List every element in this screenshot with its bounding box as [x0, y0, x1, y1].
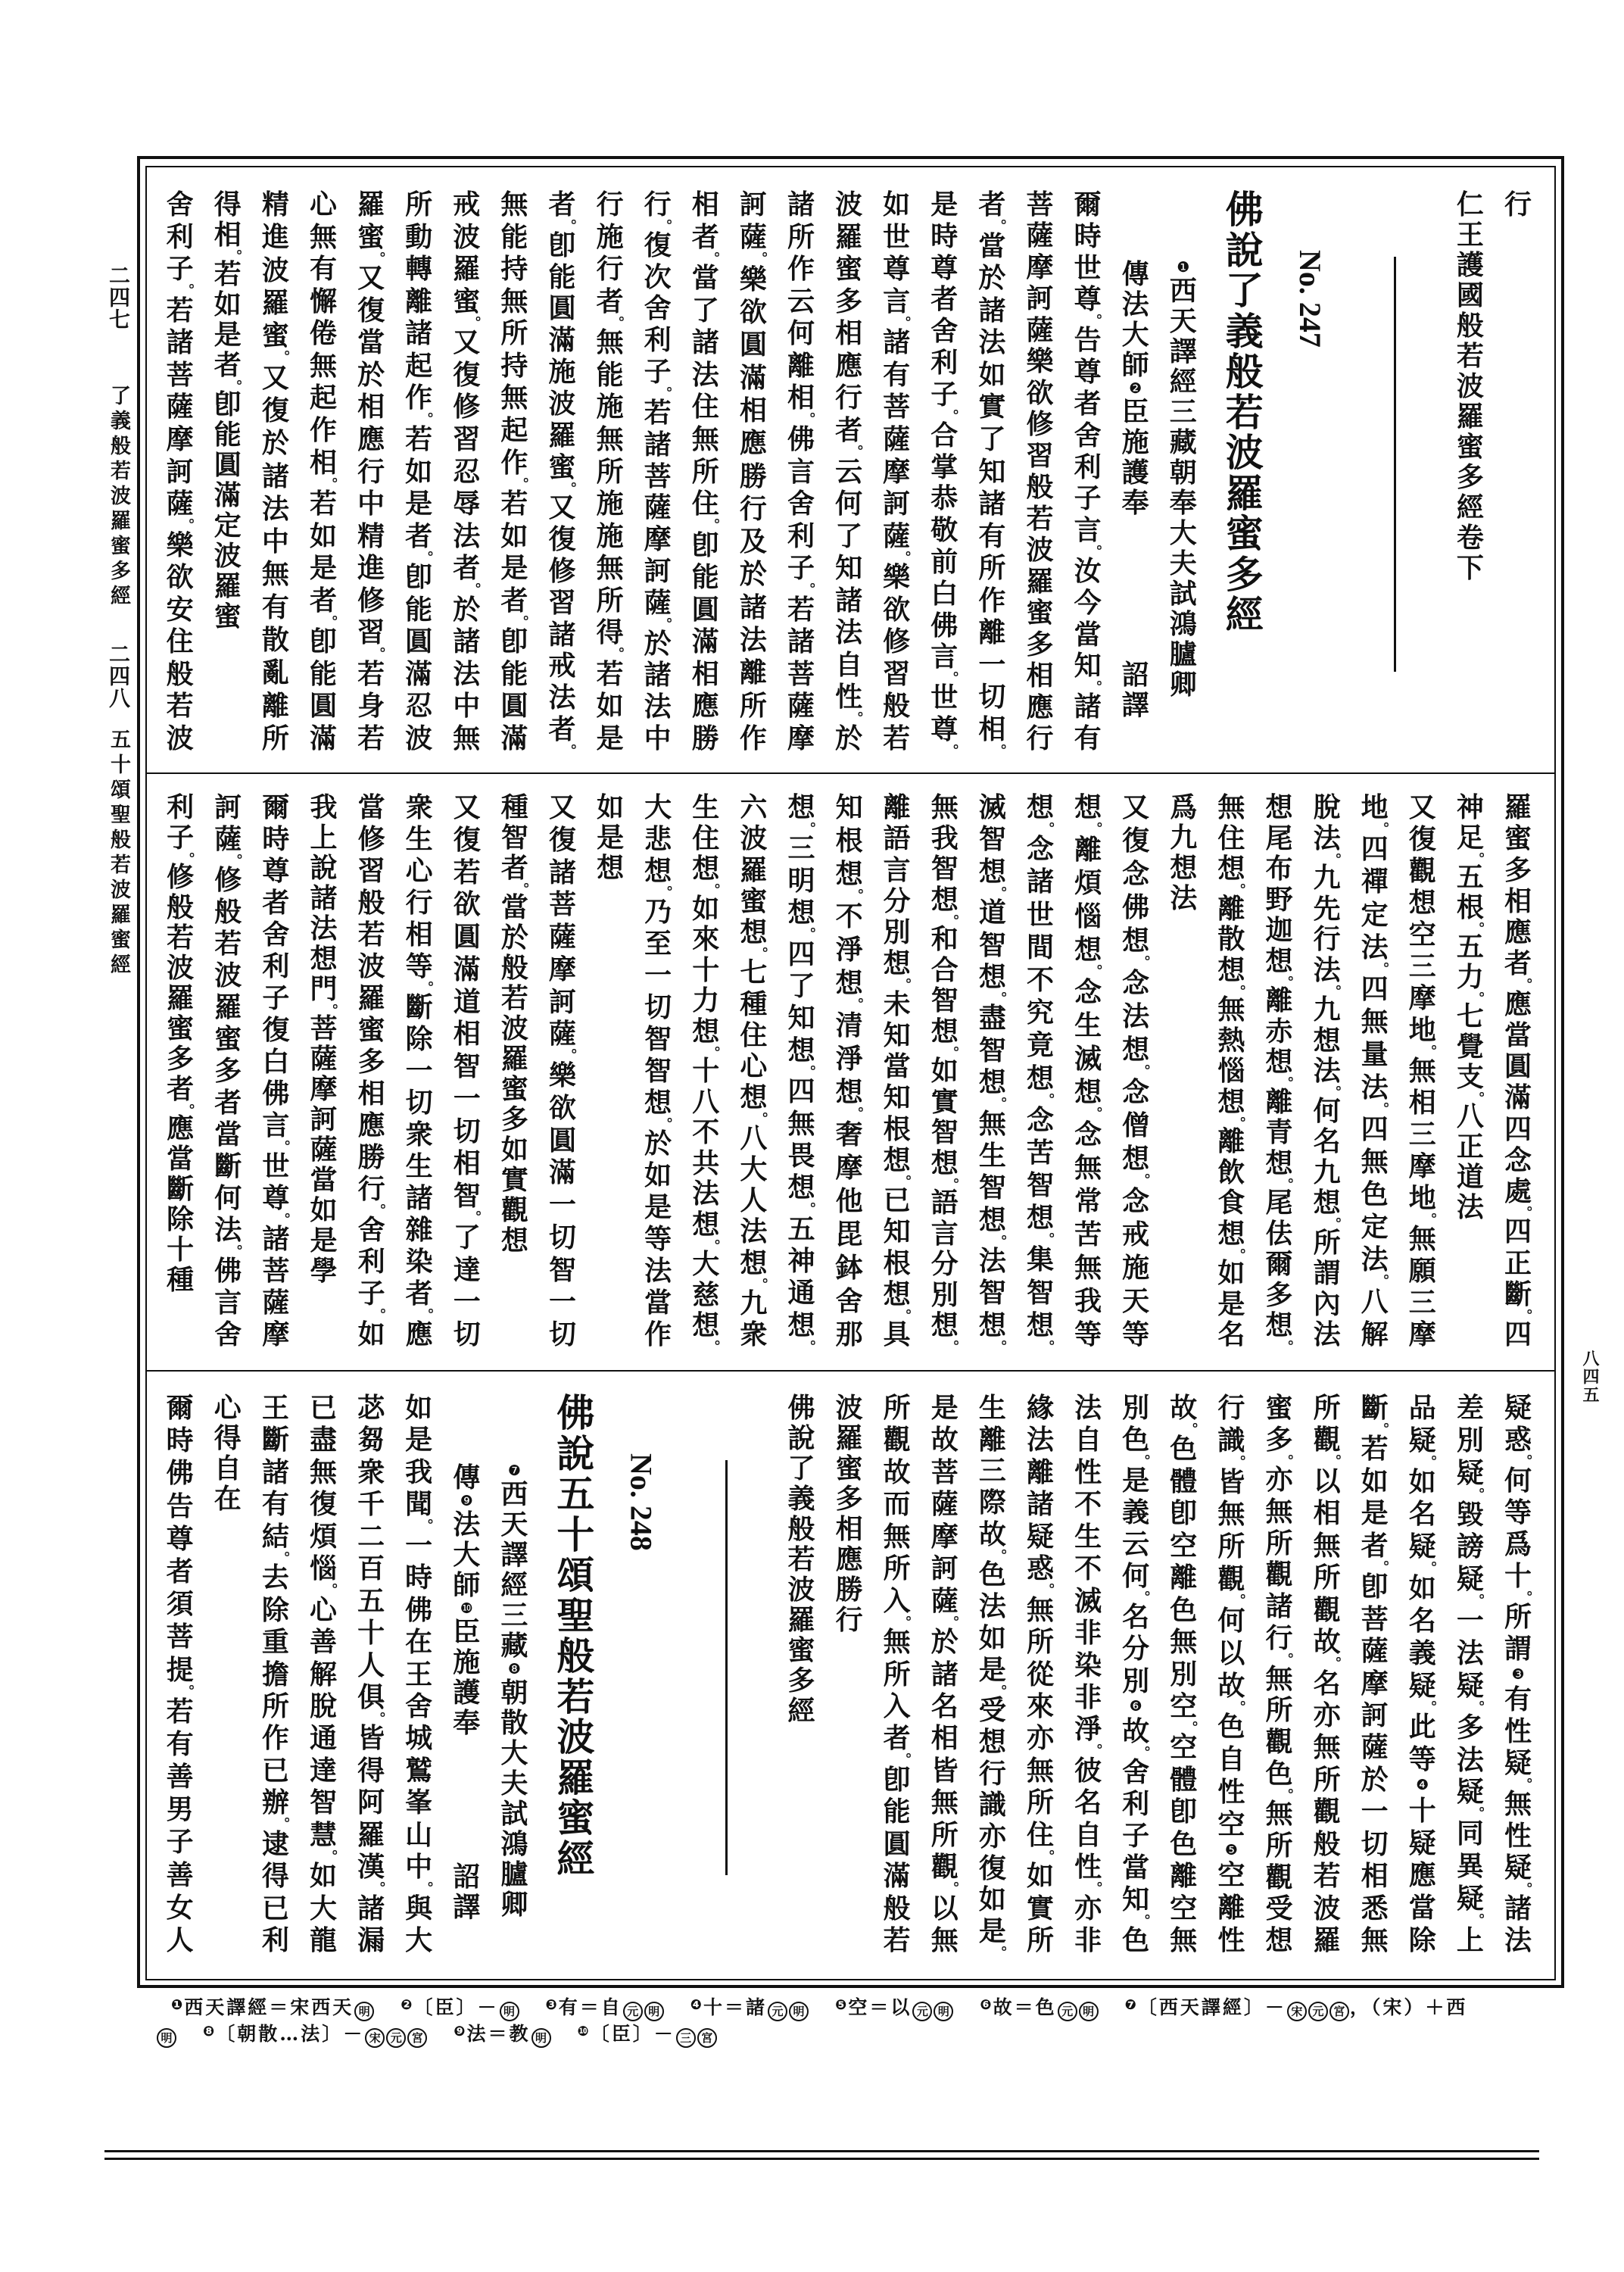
glyph: 有: [1500, 1684, 1536, 1715]
glyph: 未: [879, 989, 915, 1019]
glyph: 安: [162, 595, 198, 625]
edition-siglum: 明: [500, 2002, 519, 2021]
glyph: 修: [210, 865, 246, 895]
glyph: 懈: [305, 286, 341, 317]
glyph: 施: [1117, 427, 1154, 457]
glyph: 所: [1022, 1925, 1058, 1955]
punctuation-mark: 。: [428, 405, 441, 419]
glyph: 尊。: [1070, 284, 1106, 314]
glyph: 住: [687, 392, 724, 422]
glyph: 竟: [1022, 1030, 1058, 1060]
glyph: 言。: [926, 641, 962, 672]
glyph: 智: [640, 1056, 676, 1086]
translator-byline: 傳法大師❷臣施護奉詔譯: [1117, 189, 1154, 754]
glyph: 法: [640, 691, 676, 722]
text-column: 法自性不生不滅非染非淨。彼名自性。亦非: [1070, 1393, 1106, 1955]
glyph: 臣: [1117, 397, 1154, 427]
text-column: 舍利子。若諸菩薩摩訶薩。樂欲安住般若波: [162, 189, 198, 754]
glyph: 惱。: [305, 1553, 341, 1584]
punctuation-mark: 。: [954, 1171, 968, 1184]
glyph: 般: [878, 691, 915, 721]
glyph: 師: [1117, 350, 1154, 380]
glyph: 疑。: [1452, 1564, 1488, 1594]
glyph: 智: [640, 1024, 676, 1054]
glyph: 衆: [401, 792, 438, 822]
glyph: 習: [448, 424, 485, 454]
glyph: 想。: [1022, 1203, 1058, 1233]
glyph: 行: [831, 1605, 868, 1635]
glyph: 復: [544, 825, 581, 855]
glyph: 相: [687, 189, 724, 220]
glyph: 非: [1070, 1618, 1106, 1648]
text-column: 知根想。不淨想。清淨想。奢摩他毘鉢舍那: [831, 792, 868, 1350]
glyph: 疑: [1022, 1521, 1058, 1552]
glyph: 實: [497, 1165, 533, 1195]
glyph: 大: [305, 1893, 341, 1924]
glyph: 想。: [831, 968, 868, 998]
glyph: 得: [210, 189, 246, 220]
glyph: 住。: [1022, 1820, 1058, 1850]
glyph: 相: [927, 1723, 963, 1753]
glyph: 自: [1070, 1425, 1106, 1455]
glyph: 波: [1309, 1893, 1345, 1924]
glyph: 城: [401, 1723, 437, 1753]
punctuation-mark: 。: [619, 309, 633, 323]
glyph: 野: [1261, 885, 1298, 915]
glyph: 法: [735, 1216, 771, 1247]
glyph: 行: [1022, 723, 1058, 754]
glyph: 諸: [544, 857, 581, 888]
glyph: 念: [1117, 1077, 1154, 1107]
glyph: 是: [1117, 1465, 1154, 1496]
glyph: 等。: [401, 951, 438, 982]
glyph: 色。: [1261, 1759, 1298, 1789]
glyph: 了: [449, 1222, 485, 1253]
glyph: 相: [831, 1514, 868, 1544]
glyph: 多: [1261, 1280, 1298, 1310]
glyph: 所: [592, 585, 628, 616]
punctuation-mark: 。: [1240, 1109, 1254, 1123]
glyph: 所: [592, 457, 628, 487]
text-column: 羅蜜。又復當於相應行中精進修習。若身若: [353, 189, 389, 754]
glyph: 一: [544, 1287, 581, 1317]
glyph: 已: [879, 1185, 915, 1216]
glyph: 相。: [974, 714, 1010, 744]
footnote-variant-text: 〔朝散…法〕－: [216, 2023, 364, 2045]
text-column: 生離三際故。色法如是。受想行識亦復如是。: [974, 1393, 1011, 1955]
glyph: 空: [1213, 1860, 1249, 1890]
glyph: 波: [162, 953, 198, 983]
glyph: 盡: [974, 1003, 1011, 1033]
glyph: 菩: [927, 1457, 963, 1487]
glyph: 名: [1309, 1668, 1345, 1699]
glyph: 能: [592, 360, 628, 390]
glyph: 是: [592, 822, 628, 853]
footnote-marker: ❼: [1125, 1997, 1136, 2013]
text-column: 爾時世尊。告尊者舍利子言。汝今當知。諸有: [1070, 189, 1106, 754]
glyph: 作: [305, 415, 341, 445]
glyph: 相: [1500, 886, 1536, 916]
glyph: 蜜: [354, 1015, 390, 1045]
text-column: 諸所作云何離相。佛言舍利子。若諸菩薩摩: [783, 189, 819, 754]
glyph: 衆: [353, 1457, 389, 1487]
glyph: 行: [592, 189, 628, 220]
glyph: 念: [1500, 1145, 1536, 1175]
glyph: 當: [306, 1165, 342, 1195]
glyph: 想。: [735, 1248, 771, 1278]
glyph: 了: [784, 1453, 820, 1484]
glyph: 藏: [496, 1631, 532, 1661]
punctuation-mark: 。: [189, 1097, 203, 1110]
sutra-number: No. 248: [622, 1453, 659, 1551]
glyph: 尊: [878, 254, 915, 284]
footnote: ❷〔臣〕－明: [401, 1993, 519, 2021]
glyph: 若: [353, 723, 389, 754]
glyph: 應: [1500, 989, 1536, 1019]
glyph: 無: [305, 1457, 341, 1487]
glyph: 具: [879, 1319, 915, 1350]
glyph: 言: [783, 457, 819, 487]
glyph: 惱: [1070, 901, 1106, 932]
glyph: 習。: [353, 617, 389, 648]
glyph: 若: [878, 723, 915, 754]
glyph: 地。: [1357, 792, 1393, 822]
punctuation-mark: 。: [715, 876, 728, 890]
text-column: 想尾布野迦想。離赤想。離青想。尾佉爾多想。: [1261, 792, 1298, 1350]
glyph: 滅: [1070, 1044, 1106, 1074]
glyph: 義: [784, 1484, 820, 1514]
glyph: 觀: [879, 1425, 915, 1455]
glyph: 無: [1070, 1253, 1106, 1283]
glyph: 應: [354, 1110, 390, 1141]
glyph: 散: [257, 625, 294, 655]
glyph: 中: [257, 526, 294, 557]
glyph: 種: [162, 1265, 198, 1295]
footnote-marker: ❷: [401, 1997, 412, 2013]
glyph: 想。: [974, 1067, 1011, 1097]
glyph: 薩。: [878, 521, 915, 551]
glyph: 掌: [926, 452, 962, 482]
punctuation-mark: 。: [906, 1609, 920, 1622]
glyph: 相。: [210, 220, 246, 250]
glyph: 別: [1165, 1659, 1202, 1690]
glyph: 般: [1309, 1829, 1345, 1859]
punctuation-mark: 。: [189, 276, 203, 290]
glyph: 樂: [162, 530, 198, 560]
punctuation-mark: 。: [572, 1041, 585, 1055]
glyph: 想: [1261, 1925, 1298, 1955]
note-marker: ❽: [496, 1661, 532, 1677]
glyph: 菩: [306, 1013, 342, 1044]
glyph: 言。: [1070, 515, 1106, 545]
punctuation-mark: 。: [1097, 538, 1111, 551]
edition-siglum: 宮: [697, 2028, 717, 2048]
glyph: 法: [974, 327, 1010, 357]
punctuation-mark: 。: [1049, 815, 1063, 829]
glyph: 無: [1309, 1732, 1345, 1762]
glyph: 如: [1022, 1861, 1058, 1891]
glyph: 白: [257, 1047, 294, 1077]
glyph: 想。: [974, 1310, 1011, 1340]
glyph: 當: [497, 892, 533, 922]
punctuation-mark: 。: [906, 544, 919, 557]
glyph: 舍: [210, 1319, 246, 1350]
punctuation-mark: 。: [954, 907, 968, 921]
glyph: 詔: [448, 1862, 485, 1892]
glyph: 想。: [640, 1088, 676, 1118]
glyph: 子。: [640, 357, 676, 387]
glyph: 中: [353, 488, 389, 519]
glyph: 起: [401, 351, 437, 381]
glyph: 實: [1022, 1893, 1058, 1924]
glyph: 所: [1309, 1393, 1345, 1423]
glyph: 識: [974, 1790, 1011, 1820]
text-column: 爾時尊者舍利子復白佛言。世尊。諸菩薩摩: [257, 792, 294, 1350]
glyph: 從: [1022, 1659, 1058, 1690]
glyph: 散: [496, 1708, 532, 1738]
glyph: 羅: [497, 1044, 533, 1074]
edition-siglum: 明: [354, 2002, 374, 2021]
glyph: 言。: [878, 286, 915, 317]
glyph: 王: [1452, 220, 1488, 250]
punctuation-mark: 。: [1479, 1481, 1493, 1494]
glyph: 觀: [1261, 1862, 1298, 1893]
glyph: 生: [974, 1393, 1011, 1423]
margin-sutra-title-248: 五十頌聖般若波羅蜜經: [105, 729, 131, 978]
glyph: 樂: [1022, 346, 1058, 376]
glyph: 無: [1022, 1595, 1058, 1625]
punctuation-mark: 。: [954, 1333, 968, 1347]
glyph: 作。: [401, 382, 437, 413]
glyph: 波: [210, 960, 246, 991]
punctuation-mark: 。: [1432, 1206, 1445, 1219]
glyph: 諸: [1261, 1591, 1298, 1621]
glyph: 若: [592, 659, 628, 689]
text-column: 滅智想。道智想。盡智想。無生智想。法智想。: [974, 792, 1011, 1350]
glyph: 無: [496, 189, 532, 220]
glyph: 中: [640, 723, 676, 754]
glyph: 去: [257, 1562, 294, 1593]
glyph: 子。: [162, 254, 198, 284]
glyph: 若: [353, 659, 389, 689]
glyph: 疑。: [1452, 1883, 1488, 1914]
footnote: ❽〔朝散…法〕－宋元宮: [203, 2020, 428, 2048]
glyph: 如: [401, 457, 437, 487]
glyph: 佛: [1222, 189, 1267, 230]
glyph: 自: [1213, 1744, 1249, 1774]
glyph: 臚: [1165, 639, 1202, 669]
glyph: 復: [1117, 825, 1154, 856]
edition-siglum: 元: [1308, 2002, 1328, 2021]
glyph: 說: [306, 853, 342, 883]
glyph: 道: [1452, 1162, 1488, 1192]
glyph: 斷。: [1357, 1393, 1393, 1423]
glyph: 詔: [1117, 660, 1154, 690]
glyph: 諸: [974, 295, 1010, 326]
glyph: 佛: [783, 424, 819, 454]
glyph: 利: [640, 325, 676, 355]
glyph: 若: [1357, 1434, 1393, 1464]
text-column: 苾芻衆千二百五十人俱。皆得阿羅漢。諸漏: [353, 1393, 389, 1955]
glyph: 俱。: [353, 1682, 389, 1712]
glyph: 相: [449, 1148, 485, 1178]
glyph: 差: [1452, 1393, 1488, 1423]
glyph: 五: [1452, 932, 1488, 962]
glyph: 根: [879, 1248, 915, 1278]
glyph: 若: [496, 488, 532, 519]
glyph: 般: [162, 892, 198, 922]
punctuation-mark: 。: [1336, 1210, 1350, 1224]
text-column: 疑惑。何等爲十。所謂❸有性疑。無性疑。諸法: [1500, 1393, 1536, 1955]
text-column: 如世尊言。諸有菩薩摩訶薩。樂欲修習般若: [878, 189, 915, 754]
glyph: 舍: [354, 1215, 390, 1245]
glyph: 四: [784, 1076, 820, 1106]
glyph: 染: [1070, 1650, 1106, 1681]
glyph: 空: [1404, 919, 1441, 950]
footnote-marker: ❿: [578, 2024, 589, 2039]
glyph: 想。: [687, 854, 724, 884]
glyph: 滿: [544, 325, 581, 355]
glyph: 諸: [448, 626, 485, 657]
sutra-title: 佛說五十頌聖般若波羅蜜經: [553, 1393, 598, 1955]
glyph: 是: [401, 488, 437, 519]
glyph: 相。: [783, 382, 819, 413]
glyph: 疑。: [1404, 1531, 1441, 1562]
glyph: 逮: [257, 1829, 294, 1859]
glyph: 前: [926, 547, 962, 577]
glyph: 卽: [1165, 1796, 1202, 1827]
glyph: 上: [1452, 1925, 1488, 1955]
glyph: 別: [879, 917, 915, 947]
glyph: 地。: [1404, 1015, 1441, 1045]
glyph: 臣: [448, 1617, 485, 1647]
glyph: 九: [1309, 1157, 1345, 1187]
glyph: 無: [1404, 1224, 1441, 1254]
glyph: 法: [257, 494, 294, 524]
glyph: 卽: [496, 626, 532, 657]
glyph: 欲: [544, 1093, 581, 1123]
punctuation-mark: 。: [906, 971, 920, 985]
glyph: 是: [1357, 1498, 1393, 1528]
glyph: 諸: [257, 1457, 294, 1487]
glyph: 如: [927, 1056, 963, 1086]
glyph: 天: [1117, 1286, 1154, 1316]
glyph: 名: [1404, 1499, 1441, 1529]
glyph: 樂: [878, 562, 915, 592]
glyph: 欲: [1022, 378, 1058, 408]
glyph: 諸: [1022, 866, 1058, 897]
glyph: 若: [497, 983, 533, 1013]
glyph: 精: [257, 189, 294, 220]
punctuation-mark: 。: [619, 640, 633, 654]
glyph: 得: [257, 1861, 294, 1891]
footnote: ❺空＝以元明: [835, 1993, 954, 2021]
glyph: 所: [1213, 1531, 1249, 1562]
glyph: 九: [1165, 822, 1202, 853]
text-column: 精進波羅蜜。又復於諸法中無有散亂離所: [257, 189, 294, 754]
punctuation-mark: 。: [1527, 1584, 1541, 1597]
glyph: 法: [1117, 1001, 1154, 1031]
glyph: 又: [353, 263, 389, 293]
glyph: 得: [353, 1755, 389, 1786]
punctuation-mark: 。: [1336, 846, 1350, 860]
glyph: 法: [1070, 1393, 1106, 1423]
punctuation-mark: 。: [1240, 1448, 1254, 1462]
glyph: 常: [1070, 1186, 1106, 1216]
glyph: 心: [210, 1393, 246, 1423]
glyph: 觀: [1309, 1796, 1345, 1827]
glyph: 訶: [640, 556, 676, 586]
glyph: 於: [735, 559, 771, 589]
glyph: 布: [1261, 854, 1298, 884]
glyph: 舍: [1070, 420, 1106, 451]
glyph: 大: [687, 1249, 724, 1279]
glyph: 是: [305, 553, 341, 583]
glyph: 菩: [162, 360, 198, 390]
glyph: 離: [1022, 1457, 1058, 1487]
glyph: 薩: [640, 492, 676, 523]
glyph: 切: [449, 1116, 485, 1147]
glyph: 當: [1070, 619, 1106, 650]
text-column: 又復觀想空三摩地。無相三摩地。無願三摩: [1404, 792, 1441, 1350]
glyph: 忍: [401, 691, 437, 721]
glyph: 想。: [1070, 1077, 1106, 1107]
glyph: 摩: [927, 1521, 963, 1552]
text-column: 無住想。離散想。無熱惱想。離飲食想。如是名: [1213, 792, 1249, 1350]
glyph: 心: [401, 856, 438, 886]
glyph: 若: [449, 857, 485, 888]
glyph: 圓: [210, 450, 246, 480]
glyph: 法: [306, 913, 342, 944]
glyph: 一: [449, 1287, 485, 1317]
glyph: 所: [257, 1691, 294, 1721]
glyph: 了: [831, 521, 867, 551]
glyph: 應: [687, 691, 724, 721]
glyph: 無: [687, 424, 724, 454]
glyph: 禪: [1357, 866, 1393, 897]
glyph: 摩: [831, 1153, 868, 1183]
glyph: 智: [497, 822, 533, 853]
glyph: 一: [401, 1056, 438, 1086]
glyph: 動: [401, 222, 437, 252]
glyph: 名: [1404, 1606, 1441, 1636]
glyph: 又: [544, 792, 581, 822]
glyph: 又: [448, 327, 485, 357]
glyph: 十: [353, 1618, 389, 1648]
glyph: 當: [640, 1287, 676, 1318]
glyph: 義: [1222, 311, 1267, 352]
punctuation-mark: 。: [1289, 1646, 1302, 1659]
glyph: 能: [879, 1796, 915, 1827]
glyph: 想。: [1309, 1187, 1345, 1218]
glyph: 我: [1070, 1286, 1106, 1316]
punctuation-mark: 。: [1001, 212, 1015, 226]
glyph: 生: [401, 1151, 438, 1181]
glyph: 故。: [1117, 1716, 1154, 1746]
glyph: 諸: [735, 592, 771, 623]
glyph: 等: [1070, 1319, 1106, 1350]
glyph: 蜜。: [353, 222, 389, 252]
glyph: 羅: [354, 983, 390, 1013]
glyph: 無: [1022, 1755, 1058, 1786]
glyph: 清: [831, 1010, 868, 1041]
glyph: 圓: [449, 922, 485, 952]
footnote-marker: ❹: [690, 1997, 702, 2013]
text-column: 是時尊者舍利子。合掌恭敬前白佛言。世尊。: [926, 189, 962, 754]
glyph: 諸: [306, 883, 342, 913]
glyph: 薩: [544, 922, 581, 952]
glyph: 多: [1500, 855, 1536, 885]
